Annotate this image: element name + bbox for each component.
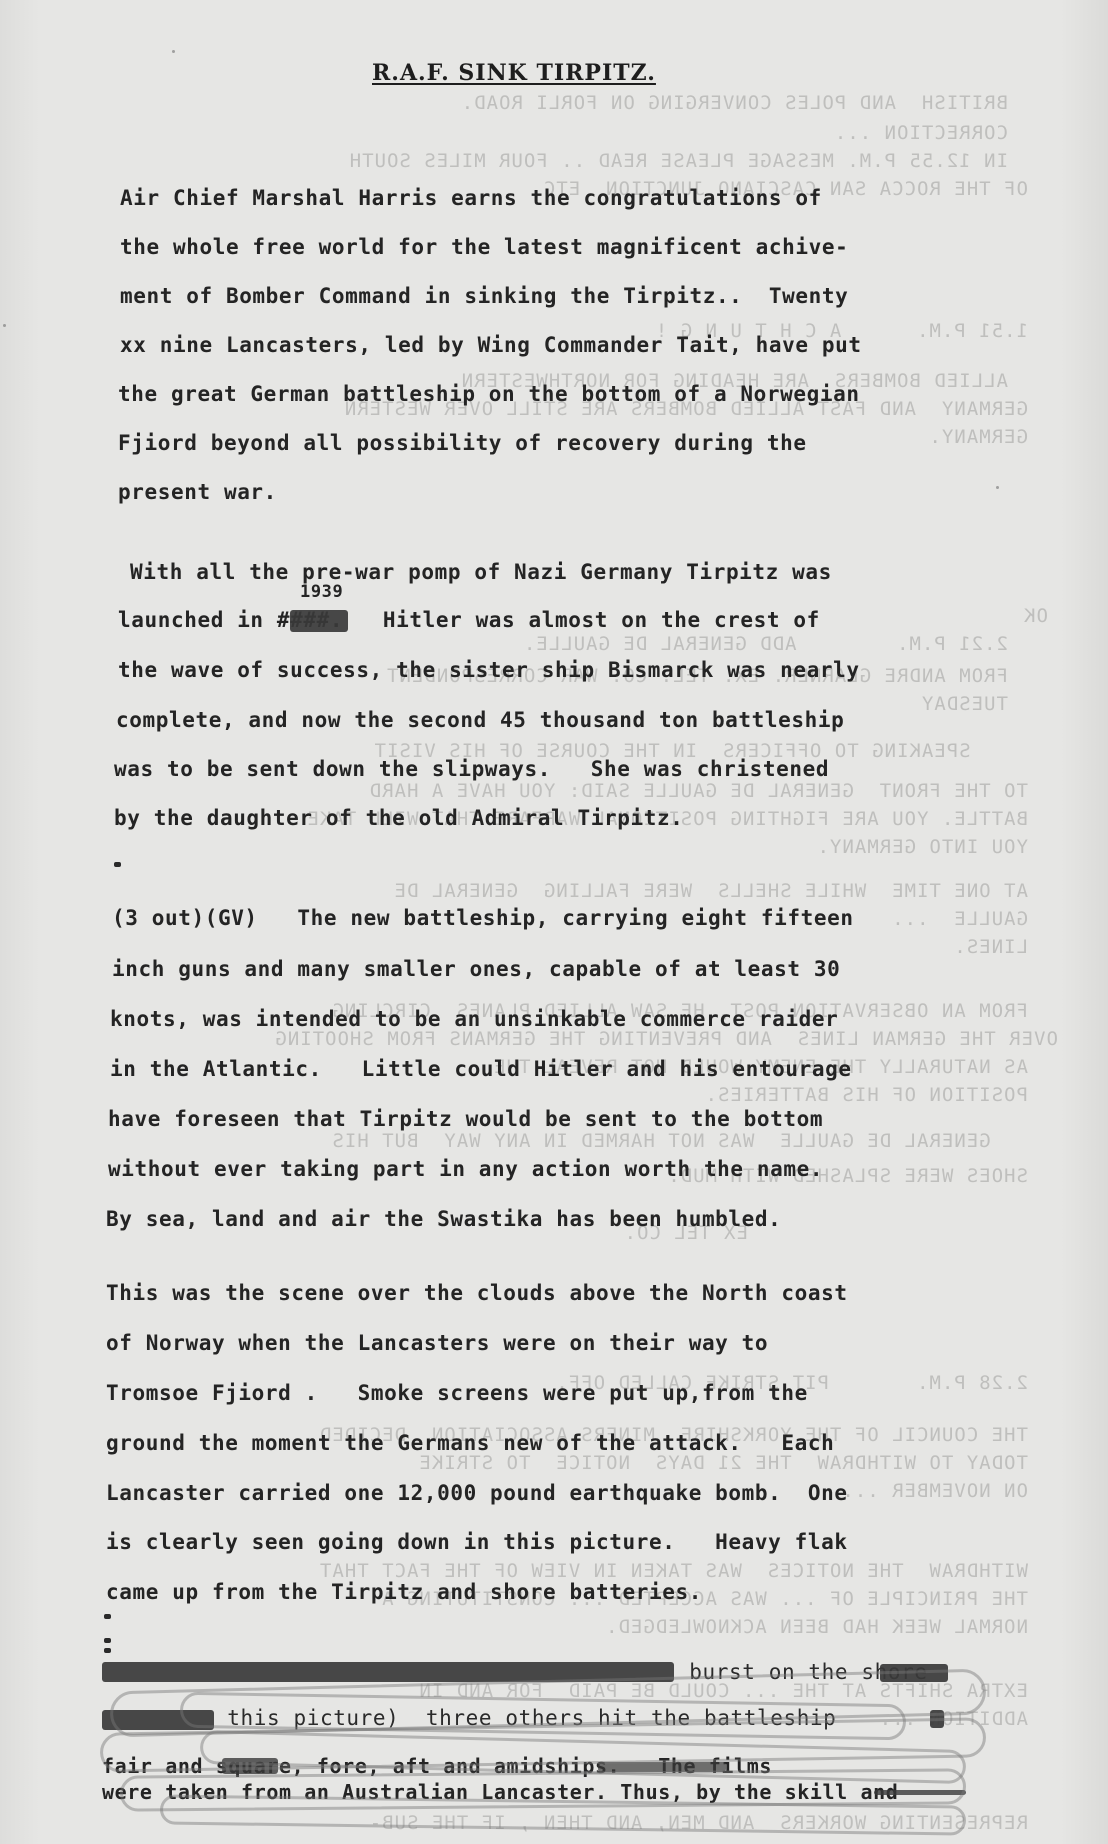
text-line: the wave of success, the sister ship Bis… <box>118 658 860 682</box>
text-line: ment of Bomber Command in sinking the Ti… <box>120 284 848 308</box>
bleed-line: TUESDAY <box>921 693 1008 715</box>
text-line: is clearly seen going down in this pictu… <box>106 1530 848 1554</box>
bleed-line: ON NOVEMBER ... <box>841 1480 1028 1502</box>
struck-out-text <box>598 1762 726 1772</box>
bleed-line: ADDITION ... <box>879 1708 1028 1730</box>
document-title: R.A.F. SINK TIRPITZ. <box>372 60 656 86</box>
text-line: without ever taking part in any action w… <box>108 1157 823 1181</box>
text-line: of Norway when the Lancasters were on th… <box>106 1331 768 1355</box>
dash-mark <box>104 1648 111 1653</box>
struck-out-text <box>930 1710 944 1728</box>
dash-mark <box>114 862 121 867</box>
struck-out-text <box>102 1710 214 1730</box>
handwritten-correction-year: 1939 <box>300 582 343 602</box>
text-line: were taken from an Australian Lancaster.… <box>102 1780 898 1804</box>
text-line: in the Atlantic. Little could Hitler and… <box>110 1057 852 1081</box>
text-line: Fjiord beyond all possibility of recover… <box>118 431 807 455</box>
bleed-line: IN 12.55 P.M. MESSAGE PLEASE READ .. FOU… <box>349 150 1008 172</box>
text-line: complete, and now the second 45 thousand… <box>116 708 844 732</box>
bleed-line: YOU INTO GERMANY. <box>817 836 1028 858</box>
text-line: By sea, land and air the Swastika has be… <box>106 1207 781 1231</box>
text-line: by the daughter of the old Admiral Tirpi… <box>114 806 683 830</box>
bleed-line: WITHDRAW THE NOTICES WAS TAKEN IN VIEW O… <box>319 1560 1028 1582</box>
text-line: Lancaster carried one 12,000 pound earth… <box>106 1481 848 1505</box>
bleed-line: NORMAL WEEK HAD BEEN ACKNOWLEDGED. <box>605 1616 1028 1638</box>
text-line: present war. <box>118 480 277 504</box>
dash-mark <box>104 1638 111 1643</box>
bleed-line: CORRECTION ... <box>834 122 1008 144</box>
bleed-line: BRITISH AND POLES CONVERGING ON FORLI RO… <box>461 92 1008 114</box>
bleed-line: LINES. <box>953 936 1028 958</box>
bleed-line: REPRESENTING WORKERS AND MEN, AND THEN ,… <box>369 1812 1028 1834</box>
struck-out-text <box>874 1790 966 1795</box>
text-line: the whole free world for the latest magn… <box>120 235 848 259</box>
text-line: inch guns and many smaller ones, capable… <box>112 957 840 981</box>
text-line: (3 out)(GV) The new battleship, carrying… <box>112 906 854 930</box>
text-line: With all the pre-war pomp of Nazi German… <box>130 560 832 584</box>
text-line: launched in ####. Hitler was almost on t… <box>118 608 820 632</box>
paper-speck <box>3 324 6 327</box>
text-line: Tromsoe Fjiord . Smoke screens were put … <box>106 1381 808 1405</box>
struck-out-text <box>222 1758 278 1774</box>
bleed-line: AT ONE TIME WHILE SHELLS WERE FALLING GE… <box>394 880 1028 902</box>
bleed-line: TO THE FRONT GENERAL DE GAULLE SAID: YOU… <box>369 780 1028 802</box>
text-line: ground the moment the Germans new of the… <box>106 1431 834 1455</box>
text-line: xx nine Lancasters, led by Wing Commande… <box>120 333 862 357</box>
struck-out-text <box>880 1664 948 1682</box>
dash-mark <box>104 1614 111 1619</box>
text-line: knots, was intended to be an unsinkable … <box>110 1007 838 1031</box>
paper-speck <box>172 50 175 53</box>
bleed-line: GAULLE ... <box>891 908 1028 930</box>
text-line: have foreseen that Tirpitz would be sent… <box>108 1107 823 1131</box>
text-line: this picture) three others hit the battl… <box>214 1706 836 1730</box>
bleed-line: GENERAL DE GAULLE WAS NOT HARMED IN ANY … <box>331 1130 1028 1152</box>
text-line: Air Chief Marshal Harris earns the congr… <box>120 186 822 210</box>
struck-out-text <box>102 1662 674 1682</box>
bleed-line: OK <box>1023 605 1048 627</box>
text-line: the great German battleship on the botto… <box>118 382 860 406</box>
bleed-line: TODAY TO WITHDRAW THE 21 DAYS NOTICE TO … <box>418 1452 1028 1474</box>
paper-speck <box>996 486 999 489</box>
bleed-line: 2.21 P.M. ADD GENERAL DE GAULLE. <box>523 633 1008 655</box>
bleed-line: OVER THE GERMAN LINES AND PREVENTING THE… <box>274 1028 1058 1050</box>
text-line: was to be sent down the slipways. She wa… <box>114 757 829 781</box>
document-page: BRITISH AND POLES CONVERGING ON FORLI RO… <box>0 0 1108 1844</box>
bleed-line: GERMANY. <box>928 426 1028 448</box>
text-line: This was the scene over the clouds above… <box>106 1281 848 1305</box>
text-line: came up from the Tirpitz and shore batte… <box>106 1580 702 1604</box>
struck-out-year <box>290 610 348 632</box>
bleed-line: POSITION OF HIS BATTERIES. <box>705 1084 1028 1106</box>
